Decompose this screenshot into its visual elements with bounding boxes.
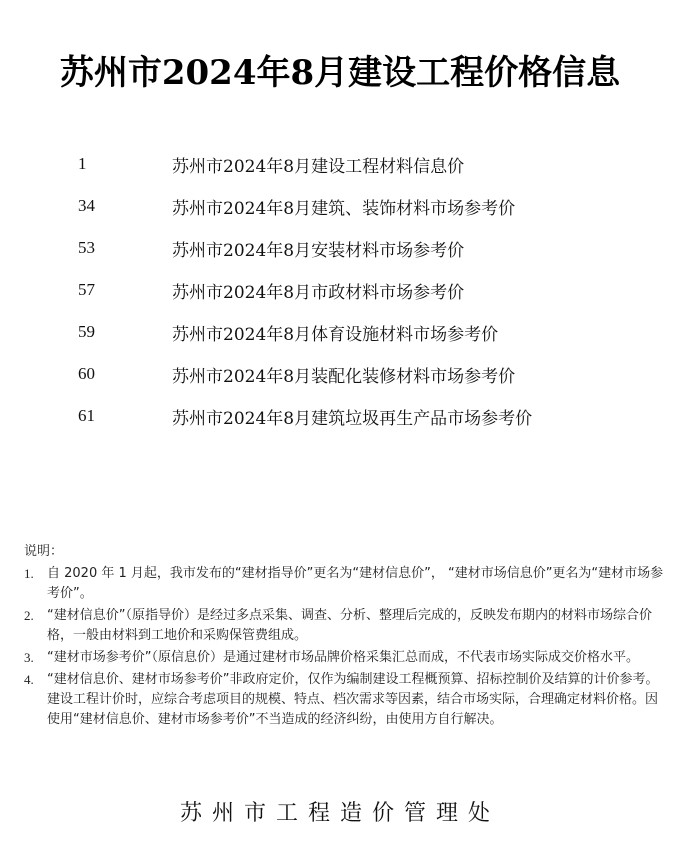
- note-text: 自 2020 年 1 月起，我市发布的“建材指导价”更名为“建材信息价”， “建…: [47, 566, 663, 601]
- note-text: “建材市场参考价”（原信息价）是通过建材市场品牌价格采集汇总而成，不代表市场实际…: [47, 650, 639, 665]
- notes-heading: 说明：: [24, 542, 664, 562]
- toc-entry-title: 苏州市2024年8月建筑垃圾再生产品市场参考价: [172, 404, 532, 429]
- toc-entry[interactable]: 57 苏州市2024年8月市政材料市场参考价: [0, 274, 680, 316]
- toc-entry[interactable]: 60 苏州市2024年8月装配化装修材料市场参考价: [0, 358, 680, 400]
- note-item: 2. “建材信息价”（原指导价）是经过多点采集、调查、分析、整理后完成的，反映发…: [24, 606, 664, 646]
- note-number: 3.: [24, 648, 34, 668]
- note-item: 3. “建材市场参考价”（原信息价）是通过建材市场品牌价格采集汇总而成，不代表市…: [24, 648, 664, 668]
- toc-entry[interactable]: 34 苏州市2024年8月建筑、装饰材料市场参考价: [0, 190, 680, 232]
- table-of-contents: 1 苏州市2024年8月建设工程材料信息价 34 苏州市2024年8月建筑、装饰…: [0, 148, 680, 442]
- note-number: 4.: [24, 670, 34, 690]
- toc-entry[interactable]: 1 苏州市2024年8月建设工程材料信息价: [0, 148, 680, 190]
- toc-entry-title: 苏州市2024年8月体育设施材料市场参考价: [172, 320, 498, 345]
- toc-page-number: 60: [78, 364, 95, 384]
- toc-entry-title: 苏州市2024年8月建设工程材料信息价: [172, 152, 464, 177]
- toc-entry[interactable]: 61 苏州市2024年8月建筑垃圾再生产品市场参考价: [0, 400, 680, 442]
- toc-entry-title: 苏州市2024年8月装配化装修材料市场参考价: [172, 362, 515, 387]
- toc-page-number: 61: [78, 406, 95, 426]
- document-title: 苏州市2024年8月建设工程价格信息: [0, 45, 680, 94]
- note-text: “建材信息价”（原指导价）是经过多点采集、调查、分析、整理后完成的，反映发布期内…: [47, 608, 652, 643]
- note-item: 1. 自 2020 年 1 月起，我市发布的“建材指导价”更名为“建材信息价”，…: [24, 564, 664, 604]
- toc-page-number: 59: [78, 322, 95, 342]
- toc-entry-title: 苏州市2024年8月安装材料市场参考价: [172, 236, 464, 261]
- toc-page-number: 34: [78, 196, 95, 216]
- notes-section: 说明： 1. 自 2020 年 1 月起，我市发布的“建材指导价”更名为“建材信…: [24, 542, 664, 732]
- note-number: 2.: [24, 606, 34, 626]
- toc-entry-title: 苏州市2024年8月市政材料市场参考价: [172, 278, 464, 303]
- note-number: 1.: [24, 564, 34, 584]
- issuing-organization: 苏州市工程造价管理处: [0, 796, 680, 827]
- toc-page-number: 57: [78, 280, 95, 300]
- toc-entry[interactable]: 53 苏州市2024年8月安装材料市场参考价: [0, 232, 680, 274]
- toc-page-number: 53: [78, 238, 95, 258]
- note-text: “建材信息价、建材市场参考价”非政府定价，仅作为编制建设工程概预算、招标控制价及…: [47, 672, 658, 727]
- note-item: 4. “建材信息价、建材市场参考价”非政府定价，仅作为编制建设工程概预算、招标控…: [24, 670, 664, 730]
- toc-page-number: 1: [78, 154, 87, 174]
- toc-entry[interactable]: 59 苏州市2024年8月体育设施材料市场参考价: [0, 316, 680, 358]
- toc-entry-title: 苏州市2024年8月建筑、装饰材料市场参考价: [172, 194, 515, 219]
